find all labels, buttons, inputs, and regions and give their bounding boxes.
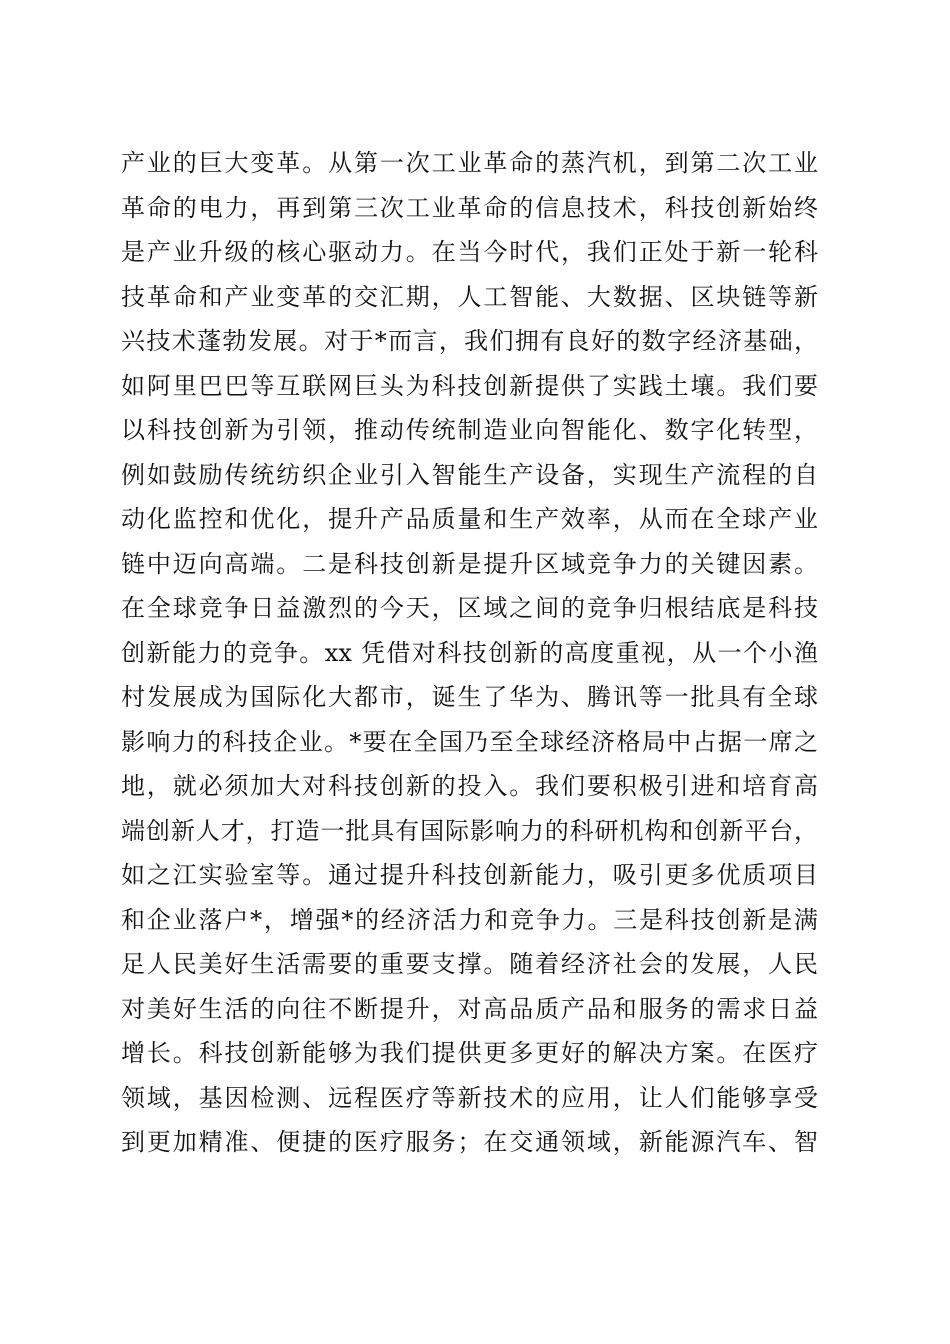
text-line: 如阿里巴巴等互联网巨头为科技创新提供了实践土壤。我们要 — [121, 364, 818, 409]
text-line: 兴技术蓬勃发展。对于*而言，我们拥有良好的数字经济基础， — [121, 319, 818, 364]
text-line: 村发展成为国际化大都市，诞生了华为、腾讯等一批具有全球 — [121, 675, 818, 720]
text-line: 动化监控和优化，提升产品质量和生产效率，从而在全球产业 — [121, 497, 818, 542]
text-line: 足人民美好生活需要的重要支撑。随着经济社会的发展，人民 — [121, 942, 818, 987]
text-line: 增长。科技创新能够为我们提供更多更好的解决方案。在医疗 — [121, 1031, 818, 1076]
text-line: 技革命和产业变革的交汇期，人工智能、大数据、区块链等新 — [121, 275, 818, 320]
document-page: 产业的巨大变革。从第一次工业革命的蒸汽机，到第二次工业 革命的电力，再到第三次工… — [0, 0, 950, 1344]
text-line: 端创新人才，打造一批具有国际影响力的科研机构和创新平台， — [121, 809, 818, 854]
text-line: 链中迈向高端。二是科技创新是提升区域竞争力的关键因素。 — [121, 542, 818, 587]
text-line: 地，就必须加大对科技创新的投入。我们要积极引进和培育高 — [121, 764, 818, 809]
text-line: 领域，基因检测、远程医疗等新技术的应用，让人们能够享受 — [121, 1076, 818, 1121]
text-line: 产业的巨大变革。从第一次工业革命的蒸汽机，到第二次工业 — [121, 141, 818, 186]
text-line: 在全球竞争日益激烈的今天，区域之间的竞争归根结底是科技 — [121, 586, 818, 631]
text-line: 影响力的科技企业。*要在全国乃至全球经济格局中占据一席之 — [121, 720, 818, 765]
text-line: 和企业落户*，增强*的经济活力和竞争力。三是科技创新是满 — [121, 898, 818, 943]
text-line: 到更加精准、便捷的医疗服务；在交通领域，新能源汽车、智 — [121, 1120, 818, 1165]
text-line: 是产业升级的核心驱动力。在当今时代，我们正处于新一轮科 — [121, 230, 818, 275]
text-line: 创新能力的竞争。xx 凭借对科技创新的高度重视，从一个小渔 — [121, 631, 818, 676]
text-line: 革命的电力，再到第三次工业革命的信息技术，科技创新始终 — [121, 186, 818, 231]
body-paragraph: 产业的巨大变革。从第一次工业革命的蒸汽机，到第二次工业 革命的电力，再到第三次工… — [121, 141, 818, 1165]
text-line: 对美好生活的向往不断提升，对高品质产品和服务的需求日益 — [121, 987, 818, 1032]
text-line: 以科技创新为引领，推动传统制造业向智能化、数字化转型， — [121, 408, 818, 453]
text-line: 例如鼓励传统纺织企业引入智能生产设备，实现生产流程的自 — [121, 453, 818, 498]
text-line: 如之江实验室等。通过提升科技创新能力，吸引更多优质项目 — [121, 853, 818, 898]
